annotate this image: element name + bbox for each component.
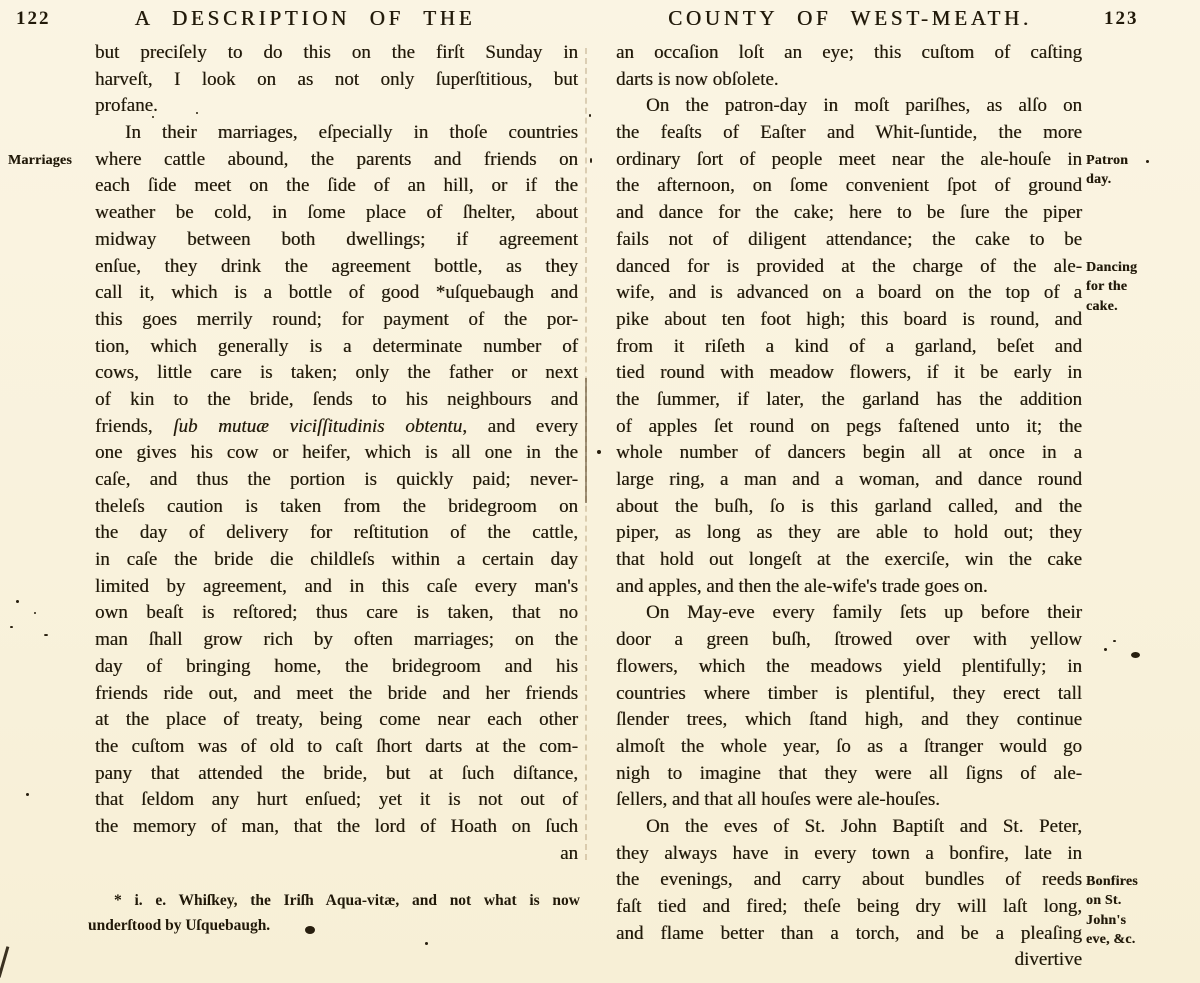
text-line: countries where timber is plentiful, the… (616, 681, 1082, 708)
margin-note: Bonfireson St.John'seve, &c. (1086, 872, 1196, 950)
footnote-line: * i. e. Whiſkey, the Iriſh Aqua-vitæ, an… (88, 888, 580, 913)
text-line: the ſummer, if later, the garland has th… (616, 387, 1082, 414)
margin-note: Patronday. (1086, 151, 1196, 190)
catchword: divertive (616, 947, 1082, 974)
page-number-right: 123 (1104, 8, 1139, 30)
text-line: and apples, and then the ale-wife's trad… (616, 574, 1082, 601)
text-line: and dance for the cake; here to be ſure … (616, 200, 1082, 227)
ink-speck (589, 114, 591, 117)
text-line: the evenings, and carry about bundles of… (616, 867, 1082, 894)
page-number-left: 122 (16, 8, 51, 30)
text-line: day of bringing home, the bridegroom and… (95, 654, 578, 681)
running-title-left: A DESCRIPTION OF THE (95, 6, 515, 31)
ink-speck (1146, 160, 1149, 163)
margin-note: Marriages (8, 151, 92, 171)
text-line: friends ride out, and meet the bride and… (95, 681, 578, 708)
text-line: profane. (95, 93, 578, 120)
ink-speck (597, 450, 601, 454)
text-line: call it, which is a bottle of good *uſqu… (95, 280, 578, 307)
footnote-line: underſtood by Uſquebaugh. (88, 913, 580, 938)
catchword: an (95, 841, 578, 868)
text-line: On the eves of St. John Baptiſt and St. … (616, 814, 1082, 841)
text-line: nigh to imagine that they were all ſigns… (616, 761, 1082, 788)
text-line: theleſs caution is taken from the brideg… (95, 494, 578, 521)
text-line: friends, ſub mutuæ viciſſitudinis obtent… (95, 414, 578, 441)
ink-speck (1104, 648, 1107, 651)
text-line: darts is now obſolete. (616, 67, 1082, 94)
text-line: man ſhall grow rich by often marriages; … (95, 627, 578, 654)
text-line: the afternoon, on ſome convenient ſpot o… (616, 173, 1082, 200)
text-line: in caſe the bride die childleſs within a… (95, 547, 578, 574)
book-scan: { "paper_color": "#f9f2dc", "ink_color":… (0, 0, 1200, 983)
text-line: that ſeldom any hurt enſued; yet it is n… (95, 787, 578, 814)
margin-note-line: for the (1086, 277, 1196, 297)
text-line: ſellers, and that all houſes were ale-ho… (616, 787, 1082, 814)
text-line: door a green buſh, ſtrowed over with yel… (616, 627, 1082, 654)
footnote: * i. e. Whiſkey, the Iriſh Aqua-vitæ, an… (88, 888, 580, 938)
text-line: tion, which generally is a determinate n… (95, 334, 578, 361)
running-title-right: COUNTY OF WEST-MEATH. (640, 6, 1060, 31)
text-line: pike about ten foot high; this board is … (616, 307, 1082, 334)
text-line: own beaſt is reſtored; thus care is take… (95, 600, 578, 627)
text-line: midway between both dwellings; if agreem… (95, 227, 578, 254)
margin-note-line: cake. (1086, 297, 1196, 317)
text-line: danced for is provided at the charge of … (616, 254, 1082, 281)
text-line: faſt tied and fired; theſe being dry wil… (616, 894, 1082, 921)
text-line: tied round with meadow flowers, if it be… (616, 360, 1082, 387)
text-line: In their marriages, eſpecially in thoſe … (95, 120, 578, 147)
text-line: flowers, which the meadows yield plentif… (616, 654, 1082, 681)
text-line: the memory of man, that the lord of Hoat… (95, 814, 578, 841)
ink-speck (152, 116, 154, 118)
text-line: ſlender trees, which ſtand high, and the… (616, 707, 1082, 734)
text-line: an occaſion loſt an eye; this cuſtom of … (616, 40, 1082, 67)
margin-note-line: Patron (1086, 151, 1196, 171)
text-line: enſue, they drink the agreement bottle, … (95, 254, 578, 281)
text-line: limited by agreement, and in this caſe e… (95, 574, 578, 601)
ink-speck (1113, 640, 1116, 642)
ink-speck (305, 926, 315, 934)
text-line: from it riſeth a kind of a garland, beſe… (616, 334, 1082, 361)
page-body-left: but preciſely to do this on the firſt Su… (95, 40, 578, 867)
text-line: they always have in every town a bonfire… (616, 841, 1082, 868)
text-line: weather be cold, in ſome place of ſhelte… (95, 200, 578, 227)
text-line: large ring, a man and a woman, and dance… (616, 467, 1082, 494)
text-line: cows, little care is taken; only the fat… (95, 360, 578, 387)
text-line: piper, as long as they are able to hold … (616, 520, 1082, 547)
text-line: of apples ſet round on pegs faſtened unt… (616, 414, 1082, 441)
ink-speck (196, 112, 198, 114)
text-line: this goes merrily round; for payment of … (95, 307, 578, 334)
ink-speck (10, 626, 13, 628)
text-line: the feaſts of Eaſter and Whit-ſuntide, t… (616, 120, 1082, 147)
margin-note-line: Marriages (8, 151, 92, 171)
right-page: COUNTY OF WEST-MEATH. 123 an occaſion lo… (585, 0, 1200, 983)
text-line: On the patron-day in moſt pariſhes, as a… (616, 93, 1082, 120)
text-line: harveſt, I look on as not only ſuperſtit… (95, 67, 578, 94)
ink-speck (44, 634, 48, 636)
text-line: fails not of diligent attendance; the ca… (616, 227, 1082, 254)
page-body-right: an occaſion loſt an eye; this cuſtom of … (616, 40, 1082, 974)
text-line: of kin to the bride, ſends to his neighb… (95, 387, 578, 414)
latin-phrase: ſub mutuæ viciſſitudinis obtentu (173, 416, 462, 437)
margin-note-line: day. (1086, 170, 1196, 190)
text-line: the day of delivery for reſtitution of t… (95, 520, 578, 547)
text-line: wife, and is advanced on a board on the … (616, 280, 1082, 307)
left-page: 122 A DESCRIPTION OF THE but preciſely t… (0, 0, 585, 983)
text-line: one gives his cow or heifer, which is al… (95, 440, 578, 467)
text-line: but preciſely to do this on the firſt Su… (95, 40, 578, 67)
text-line: the cuſtom was of old to caſt ſhort dart… (95, 734, 578, 761)
ink-speck (1131, 652, 1140, 658)
margin-note-line: eve, &c. (1086, 930, 1196, 950)
margin-note-line: Dancing (1086, 258, 1196, 278)
page-fold-line-dark (585, 378, 587, 503)
text-line: that hold out longeſt at the exerciſe, w… (616, 547, 1082, 574)
text-line: almoſt the whole year, ſo as a ſtranger … (616, 734, 1082, 761)
text-line: about the buſh, ſo is this garland calle… (616, 494, 1082, 521)
text-line: pany that attended the bride, but at ſuc… (95, 761, 578, 788)
text-line: ordinary ſort of people meet near the al… (616, 147, 1082, 174)
text-segment: , and every (462, 416, 578, 437)
margin-note-line: on St. (1086, 891, 1196, 911)
ink-speck (425, 942, 428, 945)
text-line: whole number of dancers begin all at onc… (616, 440, 1082, 467)
text-line: and flame better than a torch, and be a … (616, 921, 1082, 948)
text-line: where cattle abound, the parents and fri… (95, 147, 578, 174)
margin-note-line: Bonfires (1086, 872, 1196, 892)
text-line: caſe, and thus the portion is quickly pa… (95, 467, 578, 494)
ink-speck (26, 793, 29, 796)
text-line: On May-eve every family ſets up before t… (616, 600, 1082, 627)
margin-note-line: John's (1086, 911, 1196, 931)
text-segment: friends, (95, 416, 173, 437)
ink-speck (34, 612, 36, 614)
ink-speck (590, 158, 592, 163)
margin-note: Dancingfor thecake. (1086, 258, 1196, 317)
text-line: at the place of treaty, being come near … (95, 707, 578, 734)
text-line: each ſide meet on the ſide of an hill, o… (95, 173, 578, 200)
ink-speck (16, 600, 19, 603)
